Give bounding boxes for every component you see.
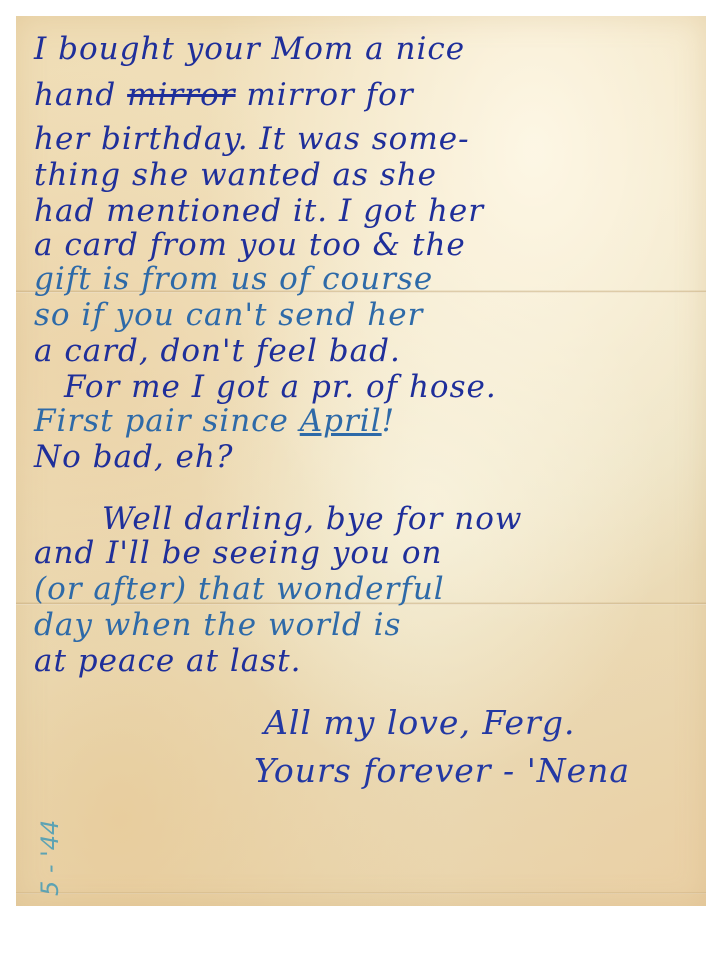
signature: Yours forever - 'Nena [254,754,630,787]
struck-out-word: mirror [127,77,235,113]
letter-line: her birthday. It was some- [34,124,470,155]
fold-line [16,892,706,894]
letter-line: thing she wanted as she [34,160,437,191]
letter-text: First pair since [34,403,300,439]
closing-line: All my love, Ferg. [264,706,575,739]
letter-line: gift is from us of course [34,264,433,295]
letter-line: and I'll be seeing you on [34,538,442,569]
letter-line: Well darling, bye for now [102,504,522,535]
letter-text: hand [34,77,127,113]
letter-line: day when the world is [34,610,401,641]
letter-line: First pair since April! [34,406,395,437]
letter-text: ! [382,403,395,439]
underlined-word: April [300,403,382,439]
letter-line: at peace at last. [34,646,301,677]
letter-line: For me I got a pr. of hose. [64,372,497,403]
letter-line: I bought your Mom a nice [34,34,465,65]
letter-line: No bad, eh? [34,442,233,473]
letter-line: had mentioned it. I got her [34,196,484,227]
letter-line: (or after) that wonderful [34,574,445,605]
letter-line: a card, don't feel bad. [34,336,401,367]
margin-note: 5 - '44 [36,820,64,896]
letter-text: mirror for [236,77,414,113]
letter-line: so if you can't send her [34,300,423,331]
letter-line: hand mirror mirror for [34,80,414,111]
letter-line: a card from you too & the [34,230,466,261]
letter-paper: I bought your Mom a nice hand mirror mir… [16,16,706,906]
